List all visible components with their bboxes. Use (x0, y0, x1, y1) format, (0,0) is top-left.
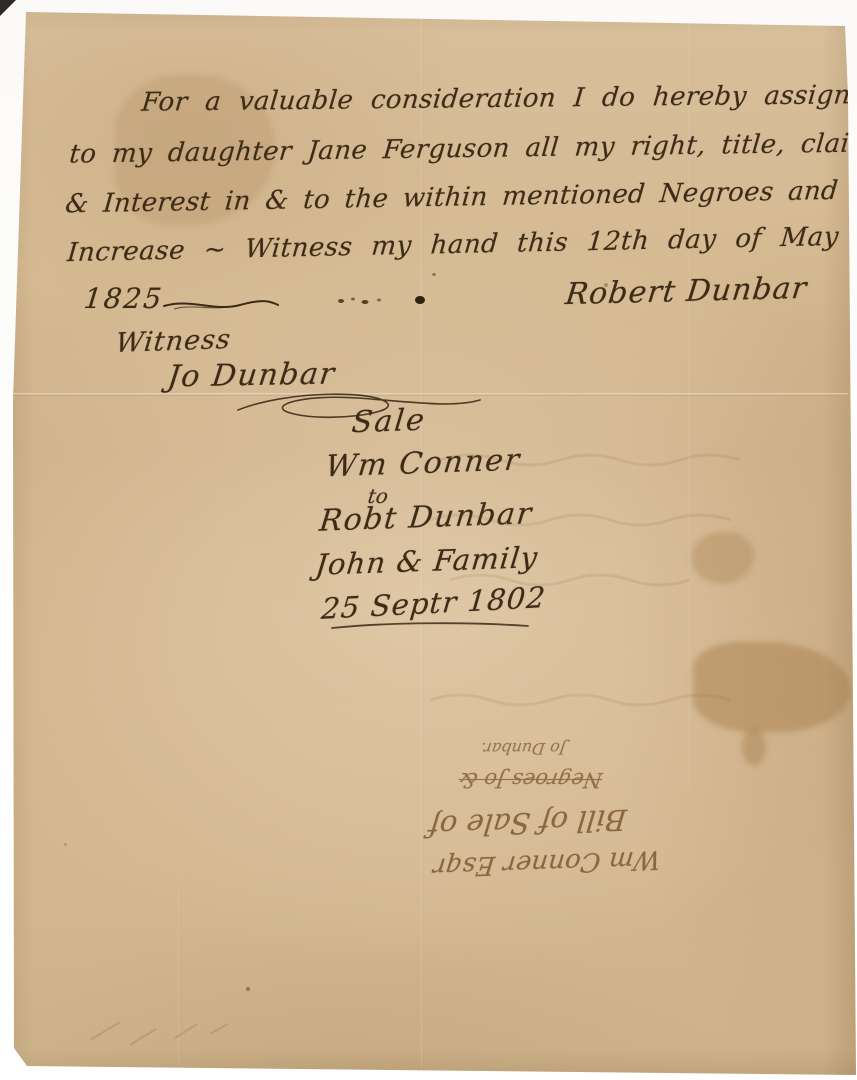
rotated-docket-line-2: Bill of Sale of (427, 803, 628, 844)
backdrop-corner-mark (0, 0, 16, 16)
photo-canvas: For a valuable consideration I do hereby… (0, 0, 857, 1080)
signature-robert-dunbar: Robert Dunbar (564, 271, 809, 312)
ink-blots (335, 292, 445, 308)
witness-flourish (208, 388, 488, 428)
fold-crease-vertical-center (421, 12, 423, 1068)
ink-speck (432, 273, 436, 276)
rotated-docket-line-1: Wm Conner Esqr (432, 844, 662, 882)
witness-label: Witness (114, 324, 233, 359)
year-flourish (160, 296, 280, 316)
ink-speck (64, 843, 67, 846)
rotated-docket-line-3: Negroes Jo & (457, 768, 604, 792)
show-through-writing (430, 440, 830, 760)
assignment-year: 1825 (82, 282, 165, 315)
manuscript-paper: For a valuable consideration I do hereby… (0, 0, 857, 1080)
docket-title: Sale (350, 403, 428, 441)
pencil-smudges (80, 1000, 280, 1060)
ink-speck (246, 987, 250, 991)
